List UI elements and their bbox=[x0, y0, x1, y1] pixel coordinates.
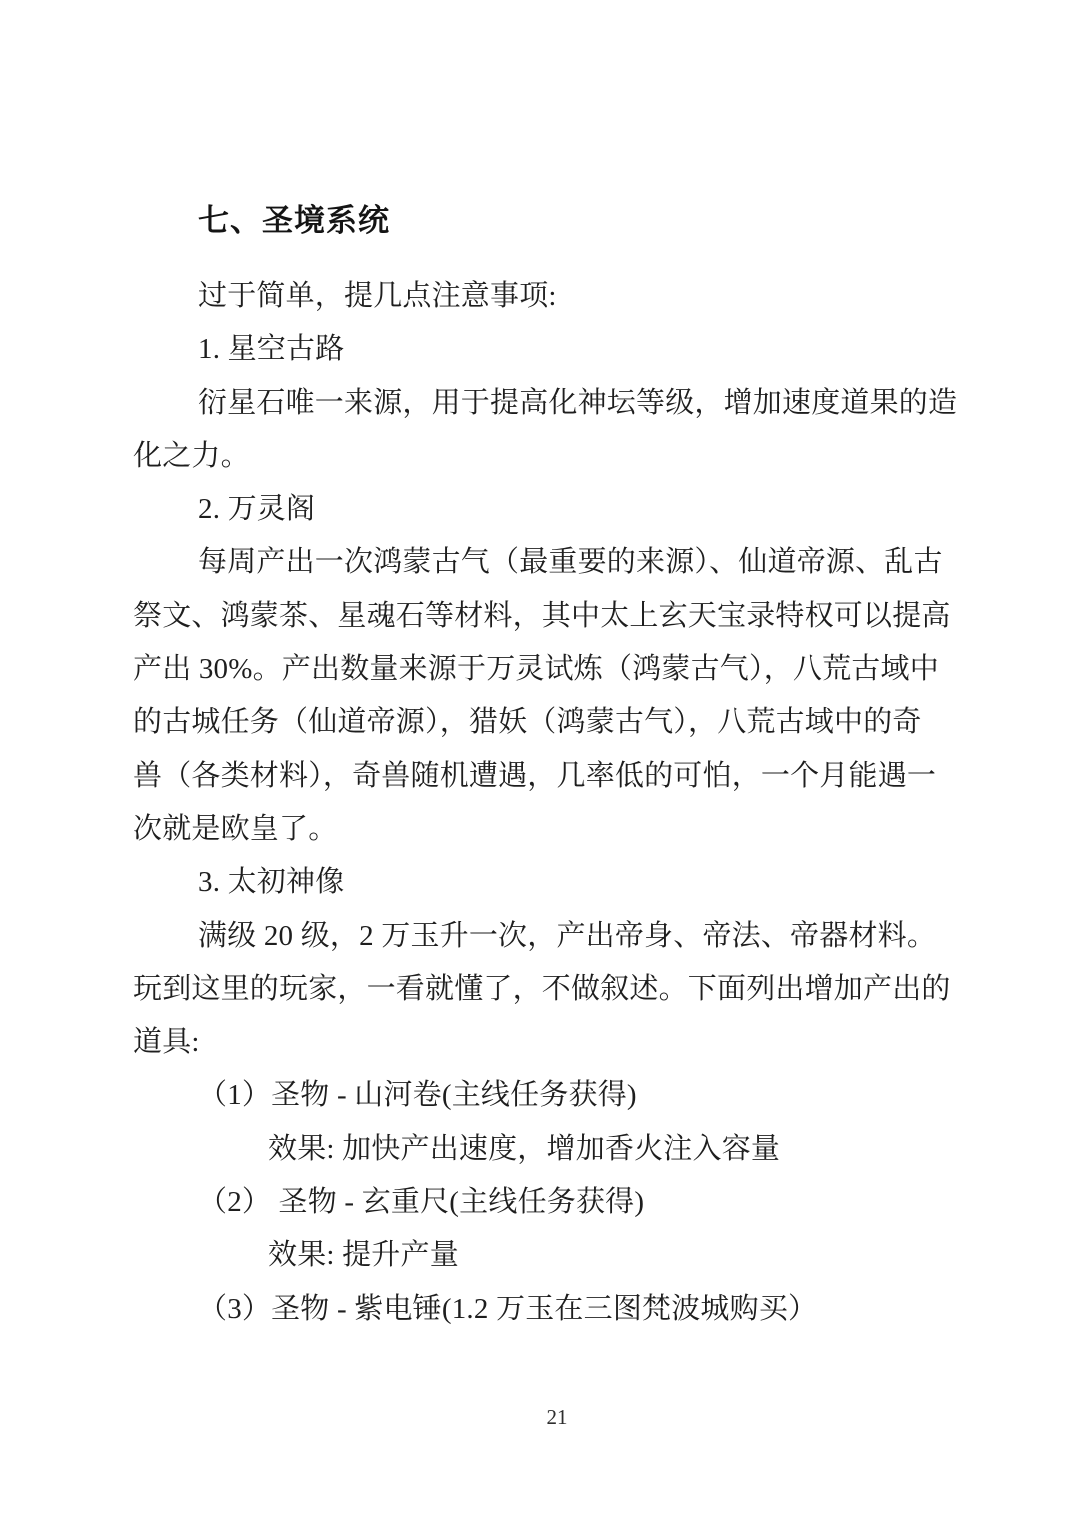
text-line-list-item-1: 1. 星空古路 bbox=[133, 323, 1043, 376]
section-heading: 七、圣境系统 bbox=[198, 203, 390, 239]
text-line: 化之力。 bbox=[133, 430, 1043, 483]
text-line: 衍星石唯一来源，用于提高化神坛等级，增加速度道果的造 bbox=[133, 377, 1043, 430]
text-line: 道具: bbox=[133, 1016, 1043, 1069]
text-line-sub-item-2: （2） 圣物 - 玄重尺(主线任务获得) bbox=[133, 1176, 1043, 1229]
text-line: 玩到这里的玩家，一看就懂了，不做叙述。下面列出增加产出的 bbox=[133, 963, 1043, 1016]
text-line-list-item-2: 2. 万灵阁 bbox=[133, 483, 1043, 536]
text-line: 的古城任务（仙道帝源），猎妖（鸿蒙古气），八荒古域中的奇 bbox=[133, 696, 1043, 749]
text-line-sub-item-1: （1）圣物 - 山河卷(主线任务获得) bbox=[133, 1069, 1043, 1122]
text-line-effect: 效果: 提升产量 bbox=[133, 1229, 1043, 1282]
page-number: 21 bbox=[0, 1404, 1080, 1430]
text-line: 过于简单，提几点注意事项: bbox=[133, 270, 1043, 323]
text-line-sub-item-3: （3）圣物 - 紫电锤(1.2 万玉在三图梵波城购买） bbox=[133, 1283, 1043, 1336]
text-line-effect: 效果: 加快产出速度，增加香火注入容量 bbox=[133, 1123, 1043, 1176]
document-body: 过于简单，提几点注意事项: 1. 星空古路 衍星石唯一来源，用于提高化神坛等级，… bbox=[133, 270, 1043, 1336]
text-line: 满级 20 级，2 万玉升一次，产出帝身、帝法、帝器材料。 bbox=[133, 910, 1043, 963]
text-line-list-item-3: 3. 太初神像 bbox=[133, 856, 1043, 909]
document-page: 七、圣境系统 过于简单，提几点注意事项: 1. 星空古路 衍星石唯一来源，用于提… bbox=[0, 0, 1080, 1528]
text-line: 产出 30%。产出数量来源于万灵试炼（鸿蒙古气），八荒古域中 bbox=[133, 643, 1043, 696]
text-line: 祭文、鸿蒙茶、星魂石等材料，其中太上玄天宝录特权可以提高 bbox=[133, 590, 1043, 643]
text-line: 次就是欧皇了。 bbox=[133, 803, 1043, 856]
text-line: 每周产出一次鸿蒙古气（最重要的来源）、仙道帝源、乱古 bbox=[133, 536, 1043, 589]
text-line: 兽（各类材料），奇兽随机遭遇，几率低的可怕，一个月能遇一 bbox=[133, 750, 1043, 803]
